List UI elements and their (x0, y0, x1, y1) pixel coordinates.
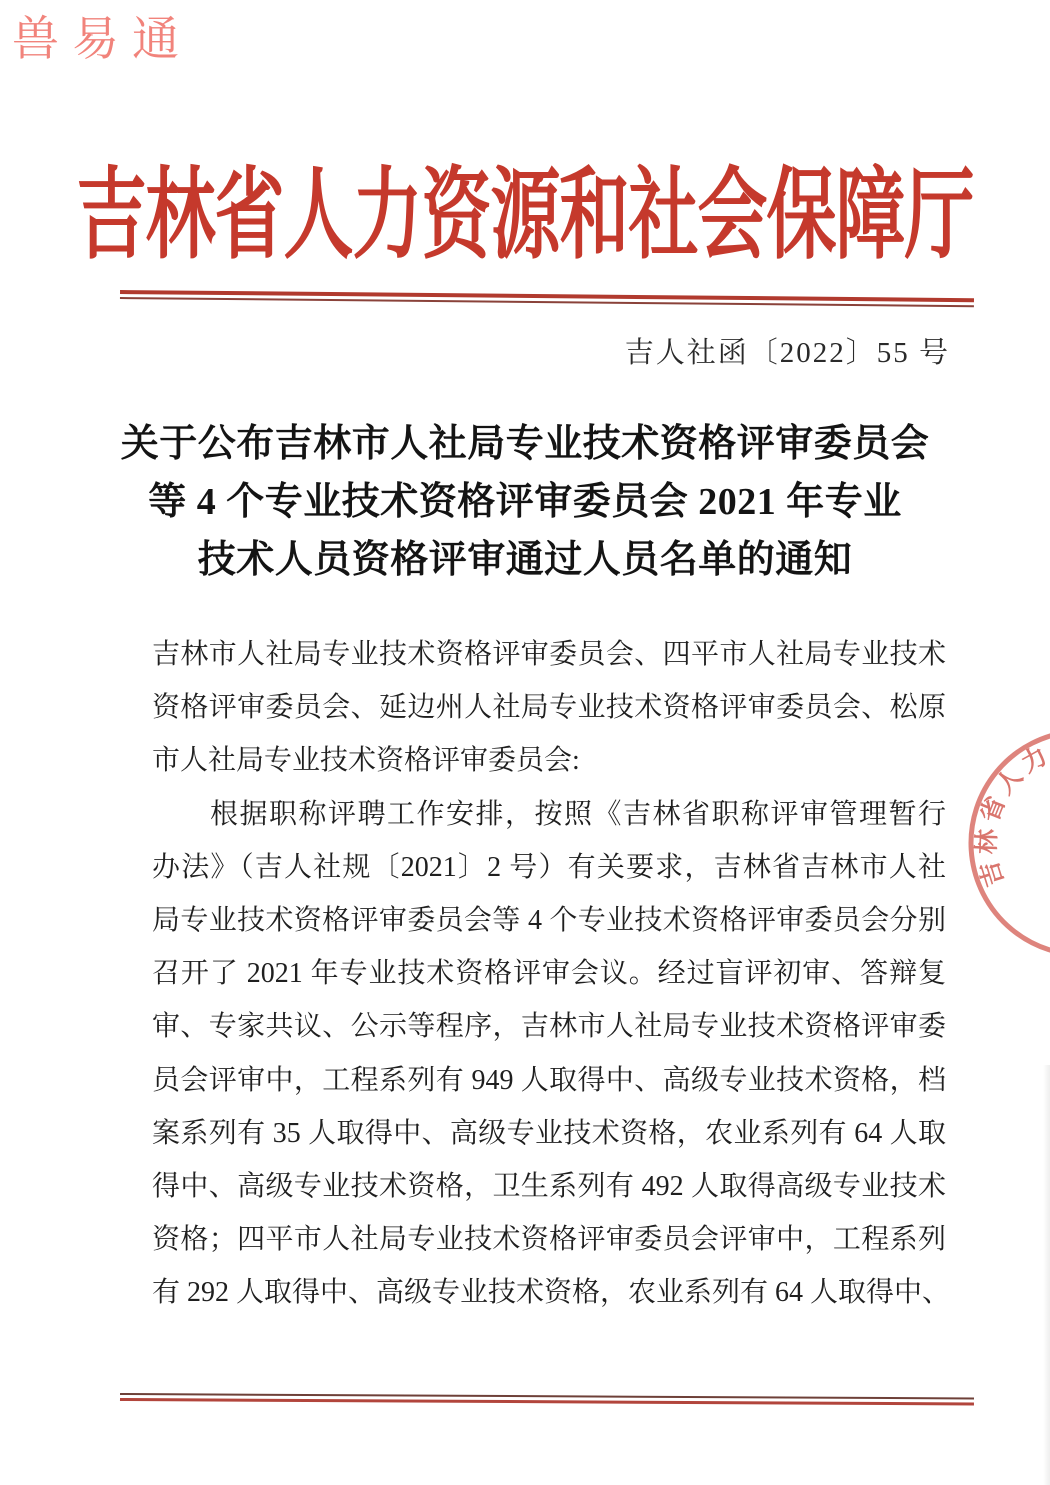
body-line: 召开了 2021 年专业技术资格评审会议。经过盲评初审、答辩复 (152, 947, 946, 1000)
document-number: 吉人社函〔2022〕55 号 (625, 330, 950, 371)
notice-title-line1: 关于公布吉林市人社局专业技术资格评审委员会 (0, 415, 1050, 473)
body-line: 审、专家共议、公示等程序，吉林市人社局专业技术资格评审委 (152, 1000, 946, 1053)
footer-separator-line (120, 1393, 974, 1405)
notice-title-line2: 等 4 个专业技术资格评审委员会 2021 年专业 (0, 473, 1050, 531)
letterhead: 吉林省人力资源和社会保障厅 (0, 168, 1050, 238)
body-text: 吉林市人社局专业技术资格评审委员会、四平市人社局专业技术资格评审委员会、延边州人… (152, 628, 946, 1319)
body-line: 吉林市人社局专业技术资格评审委员会、四平市人社局专业技术 (152, 628, 946, 681)
body-line: 办法》（吉人社规〔2021〕2 号）有关要求，吉林省吉林市人社 (152, 841, 946, 894)
letterhead-org-name: 吉林省人力资源和社会保障厅 (77, 168, 974, 267)
header-separator-line (120, 290, 974, 307)
body-line: 根据职称评聘工作安排，按照《吉林省职称评审管理暂行 (152, 788, 946, 841)
body-line: 市人社局专业技术资格评审委员会: (152, 734, 946, 787)
notice-title: 关于公布吉林市人社局专业技术资格评审委员会 等 4 个专业技术资格评审委员会 2… (0, 415, 1050, 589)
footer-rule-primary (120, 1398, 974, 1405)
body-line: 案系列有 35 人取得中、高级专业技术资格，农业系列有 64 人取 (152, 1107, 946, 1160)
official-seal-stamp: 吉林省人力资源和社会保障厅 (955, 715, 1050, 975)
seal-text: 吉林省人力资源和社会保障厅 (955, 715, 1050, 949)
seal-ring (955, 715, 1050, 975)
watermark-text: 兽易通 (12, 2, 192, 69)
document-page: 兽易通 吉林省人力资源和社会保障厅 吉人社函〔2022〕55 号 关于公布吉林市… (0, 0, 1050, 1485)
svg-text:吉林省人力资源和社会保障厅: 吉林省人力资源和社会保障厅 (955, 715, 1050, 949)
scan-edge-shadow (1043, 1065, 1050, 1485)
notice-title-line3: 技术人员资格评审通过人员名单的通知 (0, 531, 1050, 589)
body-line: 资格评审委员会、延边州人社局专业技术资格评审委员会、松原 (152, 681, 946, 734)
body-line: 有 292 人取得中、高级专业技术资格，农业系列有 64 人取得中、 (152, 1266, 946, 1319)
body-line: 局专业技术资格评审委员会等 4 个专业技术资格评审委员会分别 (152, 894, 946, 947)
body-line: 员会评审中，工程系列有 949 人取得中、高级专业技术资格，档 (152, 1054, 946, 1107)
body-line: 资格；四平市人社局专业技术资格评审委员会评审中，工程系列 (152, 1213, 946, 1266)
body-line: 得中、高级专业技术资格，卫生系列有 492 人取得高级专业技术 (152, 1160, 946, 1213)
